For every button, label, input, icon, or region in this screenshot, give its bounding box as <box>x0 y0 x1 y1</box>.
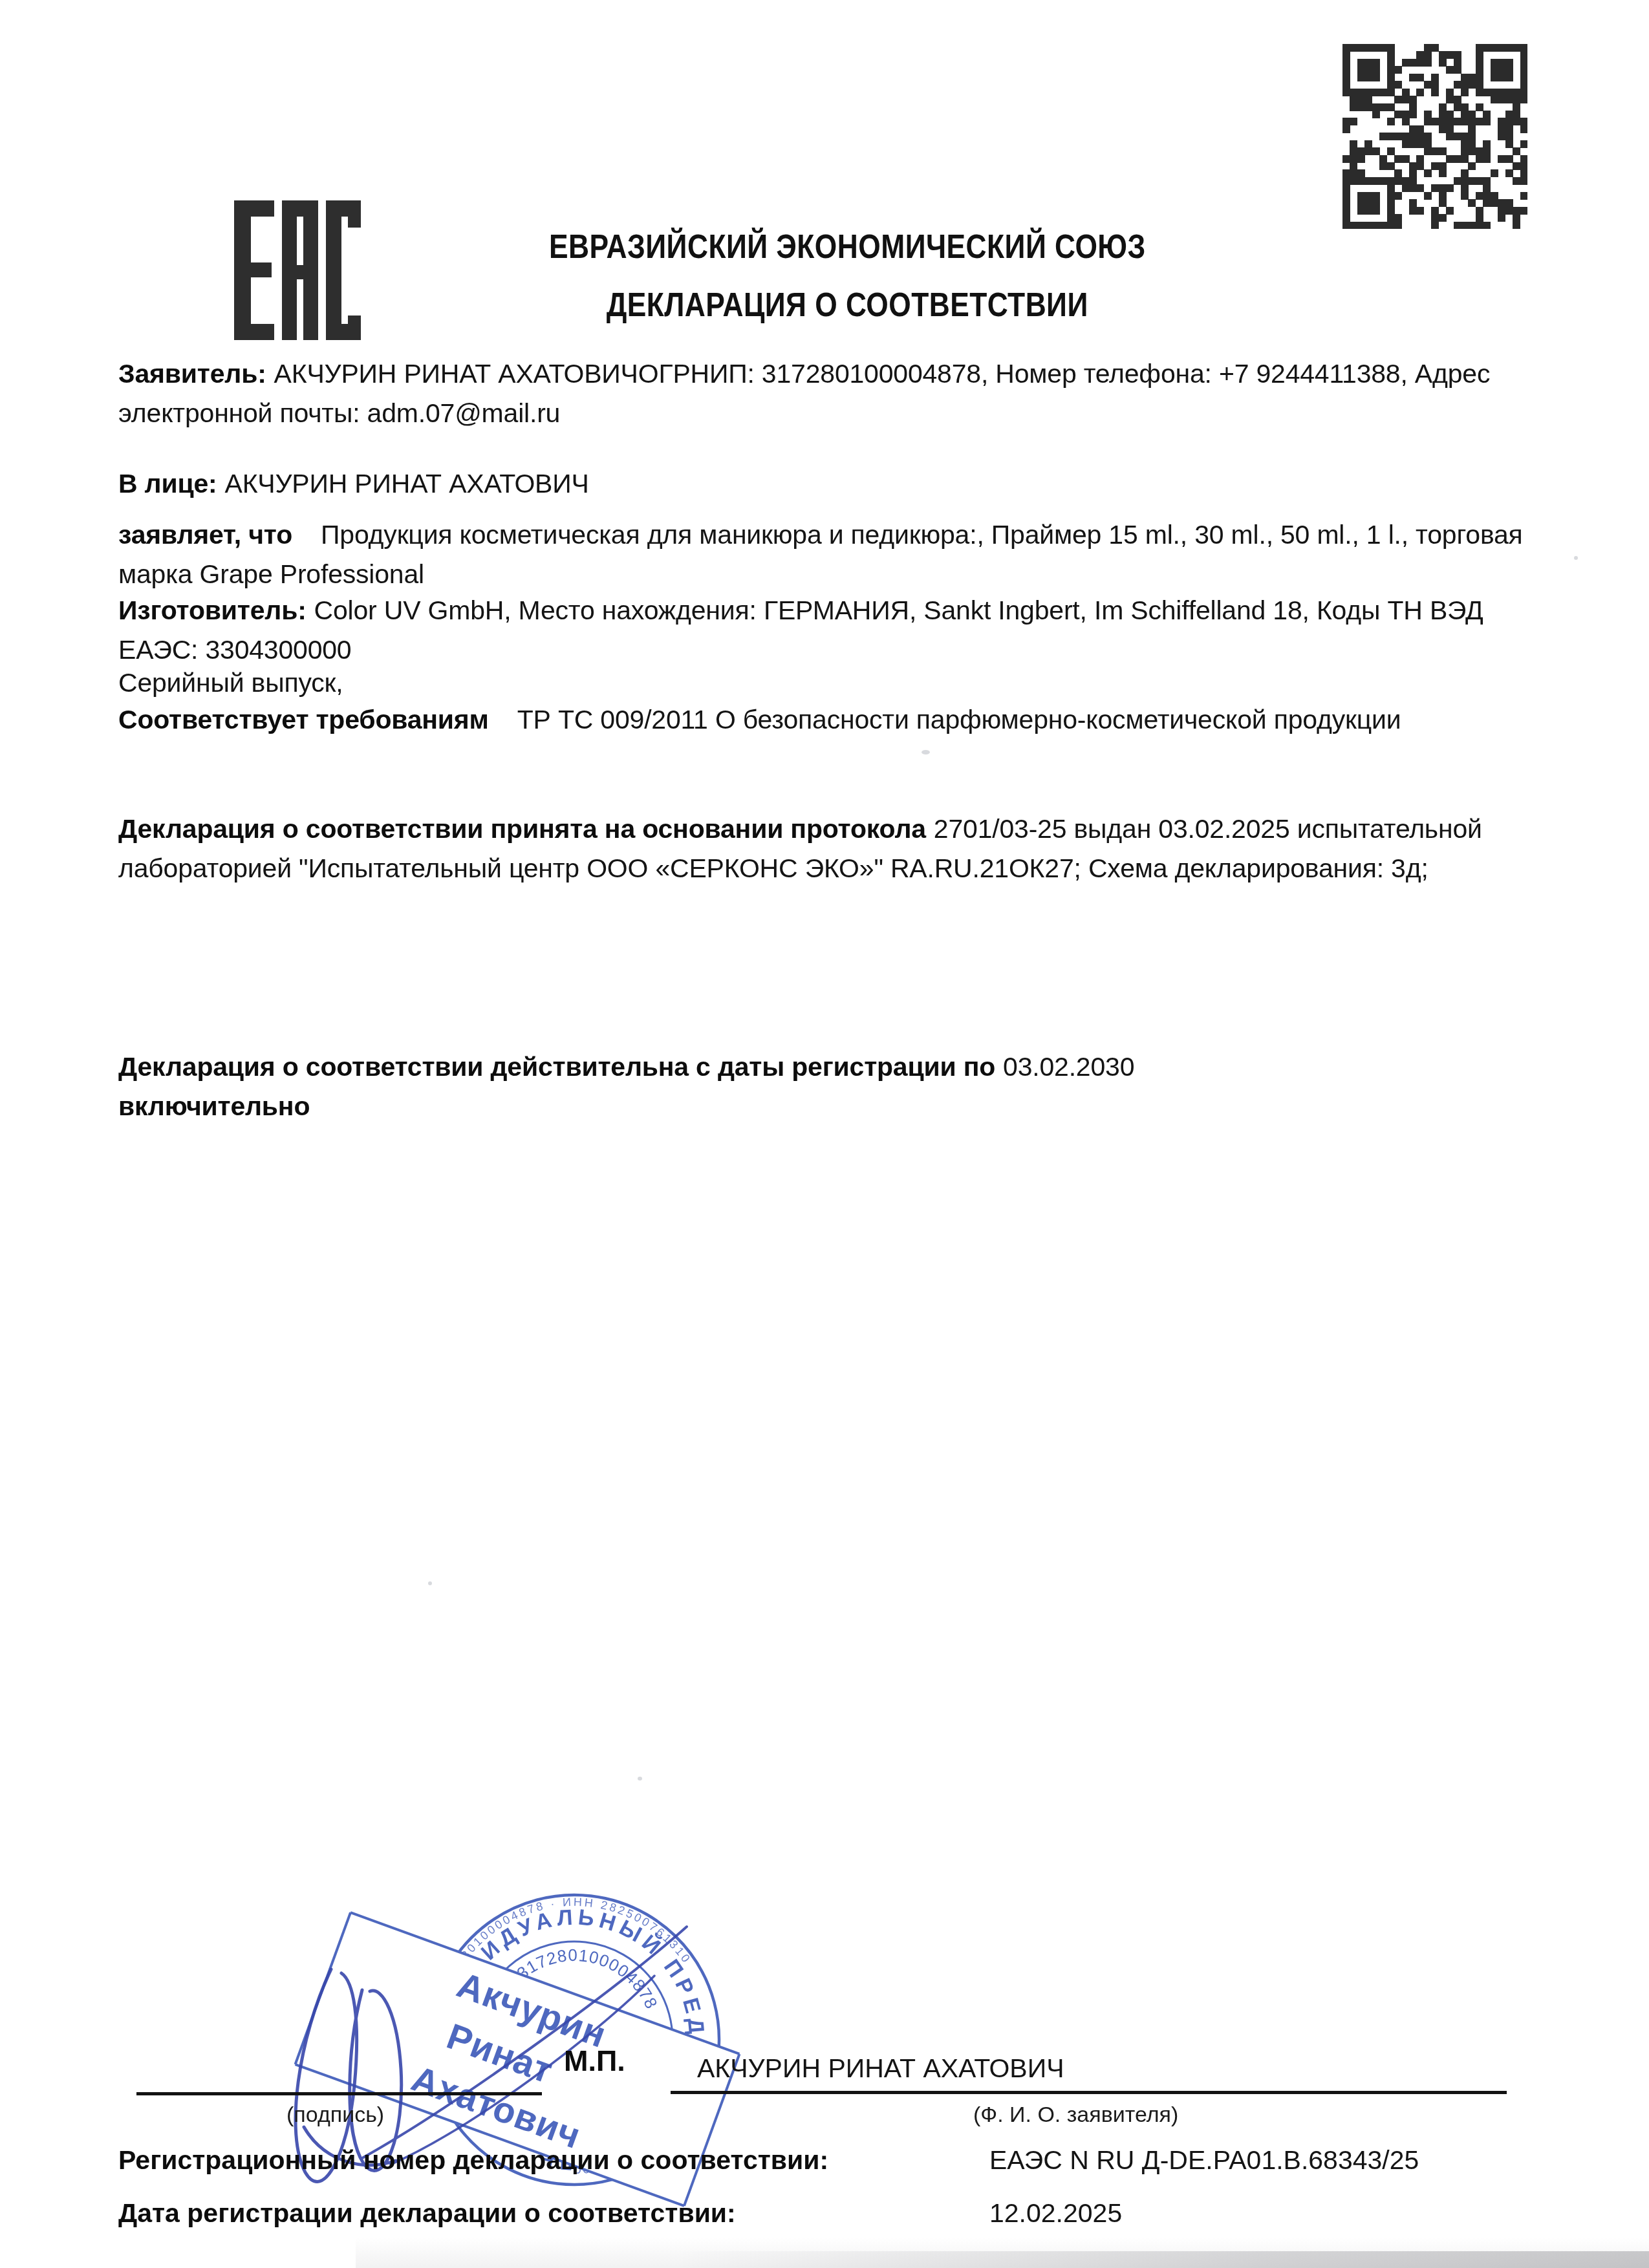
scan-speck <box>638 1777 642 1781</box>
registration-date-value: 12.02.2025 <box>989 2198 1122 2229</box>
name-rule <box>671 2091 1507 2094</box>
field-declares-value: Продукция косметическая для маникюра и п… <box>118 520 1523 589</box>
field-validity-value: 03.02.2030 <box>1003 1052 1134 1082</box>
scan-speck <box>428 1581 432 1585</box>
field-basis: Декларация о соответствии принята на осн… <box>118 809 1538 888</box>
scan-speck <box>1574 556 1578 560</box>
signature-caption: (подпись) <box>286 2102 384 2128</box>
header-titles: ЕВРАЗИЙСКИЙ ЭКОНОМИЧЕСКИЙ СОЮЗ ДЕКЛАРАЦИ… <box>272 228 1423 324</box>
field-conforms-label: Соответствует требованиям <box>118 705 489 734</box>
signature-rule <box>136 2092 542 2095</box>
field-manufacturer-label: Изготовитель: <box>118 595 307 625</box>
field-basis-label: Декларация о соответствии принята на осн… <box>118 814 926 844</box>
field-manufacturer: Изготовитель:Color UV GmbH, Место нахожд… <box>118 591 1538 670</box>
field-validity: Декларация о соответствии действительна … <box>118 1047 1538 1126</box>
field-manufacturer-value: Color UV GmbH, Место нахождения: ГЕРМАНИ… <box>118 595 1483 665</box>
name-caption: (Ф. И. О. заявителя) <box>973 2102 1178 2128</box>
field-serial: Серийный выпуск, <box>118 663 1538 703</box>
union-title: ЕВРАЗИЙСКИЙ ЭКОНОМИЧЕСКИЙ СОЮЗ <box>549 228 1146 266</box>
field-declares-label: заявляет, что <box>118 520 292 550</box>
applicant-name: АКЧУРИН РИНАТ АХАТОВИЧ <box>697 2053 1064 2084</box>
field-applicant: Заявитель:АКЧУРИН РИНАТ АХАТОВИЧОГРНИП: … <box>118 354 1538 433</box>
field-validity-label: Декларация о соответствии действительна … <box>118 1052 995 1082</box>
field-person: В лице:АКЧУРИН РИНАТ АХАТОВИЧ <box>118 464 1538 504</box>
field-person-label: В лице: <box>118 469 217 498</box>
field-applicant-value: АКЧУРИН РИНАТ АХАТОВИЧОГРНИП: 3172801000… <box>118 359 1490 428</box>
field-person-value: АКЧУРИН РИНАТ АХАТОВИЧ <box>225 469 589 498</box>
registration-number-label: Регистрационный номер декларации о соотв… <box>118 2145 828 2175</box>
registration-number-value: ЕАЭС N RU Д-DE.РА01.В.68343/25 <box>989 2145 1419 2176</box>
field-validity-suffix: включительно <box>118 1091 310 1121</box>
field-serial-value: Серийный выпуск, <box>118 668 343 698</box>
registration-number-row: Регистрационный номер декларации о соотв… <box>118 2145 1644 2176</box>
declaration-document: ЕВРАЗИЙСКИЙ ЭКОНОМИЧЕСКИЙ СОЮЗ ДЕКЛАРАЦИ… <box>0 0 1649 2268</box>
field-declares: заявляет, чтоПродукция косметическая для… <box>118 515 1538 594</box>
field-applicant-label: Заявитель: <box>118 359 266 389</box>
stamp-place-label: М.П. <box>564 2044 625 2078</box>
scan-speck <box>921 750 930 754</box>
field-conforms: Соответствует требованиямТР ТС 009/2011 … <box>118 700 1538 740</box>
declaration-title: ДЕКЛАРАЦИЯ О СООТВЕТСТВИИ <box>606 286 1088 324</box>
scan-smudge-edge <box>679 2251 1649 2268</box>
field-conforms-value: ТР ТС 009/2011 О безопасности парфюмерно… <box>517 705 1401 734</box>
registration-date-row: Дата регистрации декларации о соответств… <box>118 2198 1644 2229</box>
qr-code <box>1342 44 1527 229</box>
registration-date-label: Дата регистрации декларации о соответств… <box>118 2198 736 2228</box>
